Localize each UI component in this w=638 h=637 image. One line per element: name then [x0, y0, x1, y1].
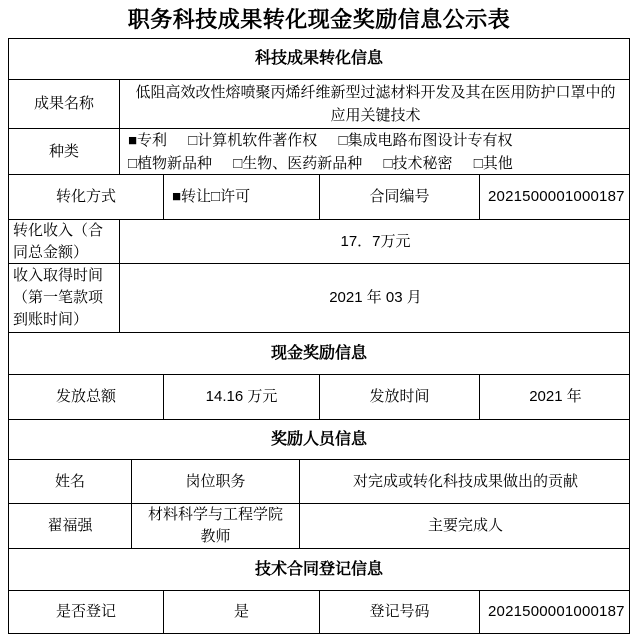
section-header-cash-reward: 现金奖励信息 [9, 333, 629, 374]
income-value: 17．7万元 [119, 220, 631, 264]
contract-no-value: 2021500001000187 [479, 175, 631, 219]
checkbox-option-tech-secret: □技术秘密 [383, 155, 452, 172]
achievement-name-label: 成果名称 [9, 80, 119, 128]
checkbox-option-plant: □植物新品种 [128, 155, 212, 172]
category-options: ■专利 □计算机软件著作权 □集成电路布图设计专有权 □植物新品种 □生物、医药… [119, 129, 631, 175]
checkbox-option-software: □计算机软件著作权 [188, 132, 317, 149]
personnel-col-contribution: 对完成或转化科技成果做出的贡献 [299, 460, 631, 503]
section-header-personnel: 奖励人员信息 [9, 420, 629, 459]
checkbox-option-ic-layout: □集成电路布图设计专有权 [338, 132, 512, 149]
section-header-contract-registration: 技术合同登记信息 [9, 549, 629, 590]
reward-total-value: 14.16 万元 [163, 375, 319, 419]
reg-no-label: 登记号码 [319, 591, 479, 633]
checkbox-option-other: □其他 [474, 155, 513, 172]
personnel-col-position: 岗位职务 [131, 460, 299, 503]
reg-no-value: 2021500001000187 [479, 591, 631, 633]
category-options-line2: □植物新品种 □生物、医药新品种 □技术秘密 □其他 [128, 152, 513, 175]
person-name: 翟福强 [9, 504, 131, 548]
method-value: ■转让□许可 [163, 175, 319, 219]
reward-time-value: 2021 年 [479, 375, 631, 419]
personnel-col-name: 姓名 [9, 460, 131, 503]
checkbox-option-patent: ■专利 [128, 132, 167, 149]
table-row-person: 翟福强 材料科学与工程学院教师 主要完成人 [9, 503, 629, 548]
reward-time-label: 发放时间 [319, 375, 479, 419]
achievement-name-value: 低阻高效改性熔喷聚丙烯纤维新型过滤材料开发及其在医用防护口罩中的应用关键技术 [119, 80, 631, 128]
method-label: 转化方式 [9, 175, 163, 219]
section-header-transformation: 科技成果转化信息 [9, 39, 629, 79]
checkbox-option-bio-medicine: □生物、医药新品种 [233, 155, 362, 172]
registered-label: 是否登记 [9, 591, 163, 633]
contract-no-label: 合同编号 [319, 175, 479, 219]
income-time-value: 2021 年 03 月 [119, 264, 631, 332]
income-time-label: 收入取得时间（第一笔款项到账时间） [9, 264, 119, 332]
person-contribution: 主要完成人 [299, 504, 631, 548]
registered-value: 是 [163, 591, 319, 633]
reward-total-label: 发放总额 [9, 375, 163, 419]
income-label: 转化收入（合同总金额） [9, 220, 119, 264]
category-label: 种类 [9, 129, 119, 175]
person-position: 材料科学与工程学院教师 [131, 504, 299, 548]
notice-table: 科技成果转化信息 成果名称 低阻高效改性熔喷聚丙烯纤维新型过滤材料开发及其在医用… [8, 38, 630, 634]
page-title: 职务科技成果转化现金奖励信息公示表 [0, 5, 638, 38]
category-options-line1: ■专利 □计算机软件著作权 □集成电路布图设计专有权 [128, 129, 513, 152]
